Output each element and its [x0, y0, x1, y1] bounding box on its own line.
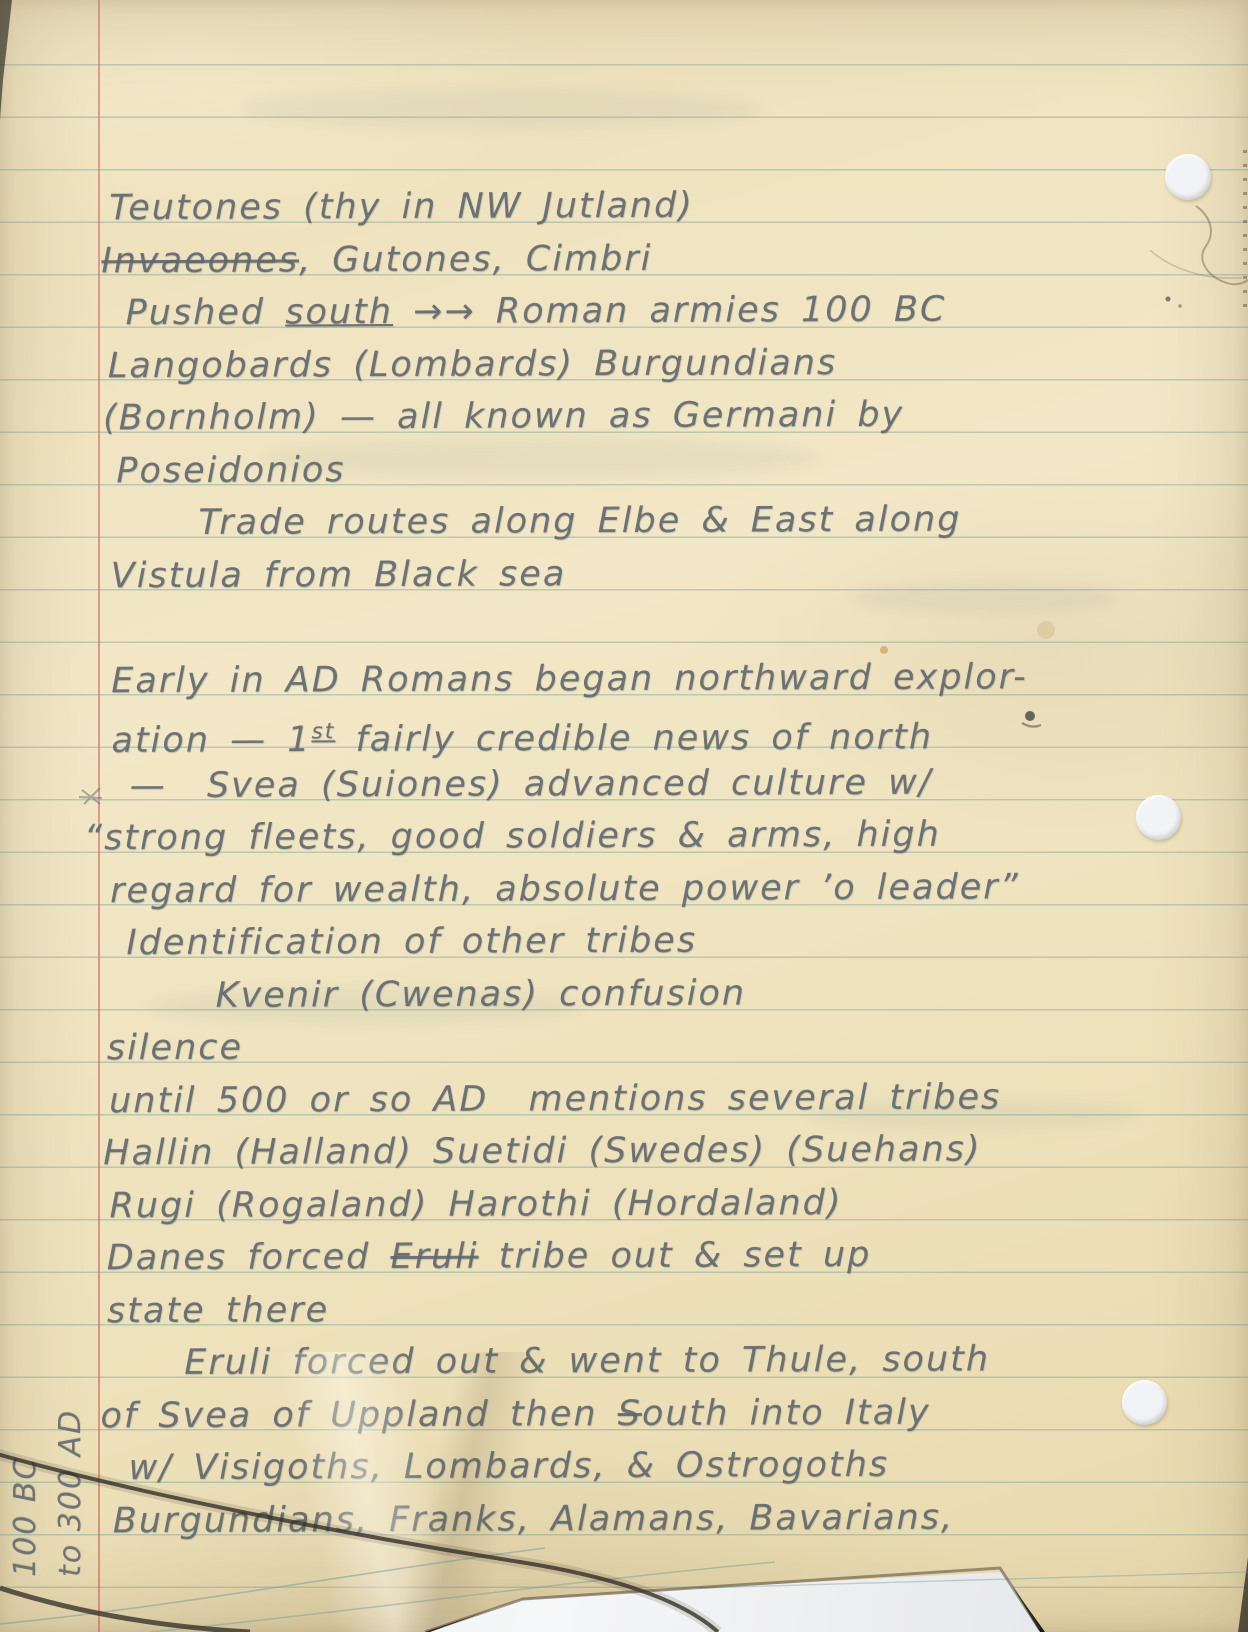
note-text: of Svea of Uppland then — [100, 1394, 617, 1436]
note-line — [0, 597, 1247, 655]
note-line: Hallin (Halland) Suetidi (Swedes) (Sueha… — [1, 1122, 1248, 1180]
note-line: ation — 1st fairly credible news of nort… — [0, 702, 1248, 760]
note-text: Hallin (Halland) Suetidi (Swedes) (Sueha… — [103, 1129, 981, 1173]
note-text: Identification of other tribes — [126, 921, 697, 963]
margin-note-line2: to 300 AD — [53, 1409, 88, 1577]
note-text: →→ Roman armies 100 BC — [393, 290, 947, 332]
note-text: Pushed — [126, 292, 286, 333]
note-text: Trade routes along Elbe & East along — [198, 500, 961, 543]
note-line: Poseidonios — [0, 440, 1246, 498]
note-line: Trade routes along Elbe & East along — [0, 492, 1247, 550]
note-text: Poseidonios — [116, 450, 345, 491]
note-line: Eruli forced out & went to Thule, south — [2, 1332, 1248, 1390]
handwritten-notes: Teutones (thy in NW Jutland)Invaeones, G… — [0, 177, 1248, 1547]
notebook-paper: Teutones (thy in NW Jutland)Invaeones, G… — [0, 0, 1248, 1632]
note-text: Burgundians, Franks, Alamans, Bavarians, — [113, 1497, 954, 1541]
note-line: Invaeones, Gutones, Cimbri — [0, 230, 1245, 288]
note-text: Eruli — [390, 1237, 478, 1277]
note-text: tribe out & set up — [478, 1235, 871, 1277]
note-text: Danes forced — [107, 1237, 391, 1278]
note-line: Burgundians, Franks, Alamans, Bavarians, — [3, 1490, 1248, 1548]
note-text: state there — [107, 1290, 329, 1331]
note-line: state there — [2, 1280, 1248, 1338]
note-text: outh into Italy — [642, 1392, 931, 1433]
note-line: Pushed south →→ Roman armies 100 BC — [0, 282, 1246, 340]
note-text: Teutones (thy in NW Jutland) — [109, 186, 694, 229]
scanned-notebook-page: Teutones (thy in NW Jutland)Invaeones, G… — [0, 0, 1248, 1632]
note-line: until 500 or so AD mentions several trib… — [1, 1070, 1248, 1128]
note-line: Danes forced Eruli tribe out & set up — [2, 1227, 1248, 1285]
note-line: — Svea (Suiones) advanced culture w/ — [0, 755, 1248, 813]
note-text: Eruli forced out & went to Thule, south — [184, 1339, 990, 1383]
perforation-dots — [1243, 150, 1247, 315]
note-text: Kvenir (Cwenas) confusion — [215, 973, 746, 1015]
note-text: silence — [107, 1028, 243, 1069]
note-line: Rugi (Rogaland) Harothi (Hordaland) — [1, 1175, 1248, 1233]
note-line: Vistula from Black sea — [0, 545, 1247, 603]
note-text: , Gutones, Cimbri — [299, 238, 653, 280]
note-line: Kvenir (Cwenas) confusion — [0, 965, 1248, 1023]
note-line: Early in AD Romans began northward explo… — [0, 650, 1247, 708]
note-text: until 500 or so AD mentions several trib… — [109, 1077, 1001, 1121]
note-line: silence — [1, 1017, 1248, 1075]
note-text: ation — 1 — [111, 720, 311, 761]
note-line: regard for wealth, absolute power ’o lea… — [0, 860, 1248, 918]
note-text: Langobards (Lombards) Burgundians — [108, 343, 837, 386]
note-line: Teutones (thy in NW Jutland) — [0, 177, 1245, 235]
note-text: fairly credible news of north — [335, 717, 933, 760]
note-line: (Bornholm) — all known as Germani by — [0, 387, 1246, 445]
note-text: (Bornholm) — all known as Germani by — [103, 395, 904, 438]
note-text: Vistula from Black sea — [111, 554, 567, 596]
note-line: “strong fleets, good soldiers & arms, hi… — [0, 807, 1248, 865]
margin-note-rotated: 100 BC to 300 AD — [3, 1327, 93, 1577]
note-text: Rugi (Rogaland) Harothi (Hordaland) — [109, 1183, 842, 1226]
note-line: Langobards (Lombards) Burgundians — [0, 335, 1246, 393]
note-text: st — [311, 719, 335, 744]
note-text: S — [618, 1393, 642, 1433]
note-text: south — [285, 292, 393, 332]
note-line: Identification of other tribes — [0, 912, 1248, 970]
note-text: w/ Visigoths, Lombards, & Ostrogoths — [129, 1445, 890, 1488]
note-line: w/ Visigoths, Lombards, & Ostrogoths — [3, 1437, 1248, 1495]
note-text: regard for wealth, absolute power ’o lea… — [110, 867, 1020, 911]
margin-note-line1: 100 BC — [8, 1457, 43, 1577]
note-text: Invaeones — [101, 240, 299, 281]
note-line: of Svea of Uppland then South into Italy — [2, 1385, 1248, 1443]
note-text: “strong fleets, good soldiers & arms, hi… — [84, 815, 941, 859]
note-text: Early in AD Romans began northward explo… — [111, 657, 1028, 701]
showthrough-smudge — [240, 88, 760, 130]
note-text: — Svea (Suiones) advanced culture w/ — [130, 762, 933, 806]
